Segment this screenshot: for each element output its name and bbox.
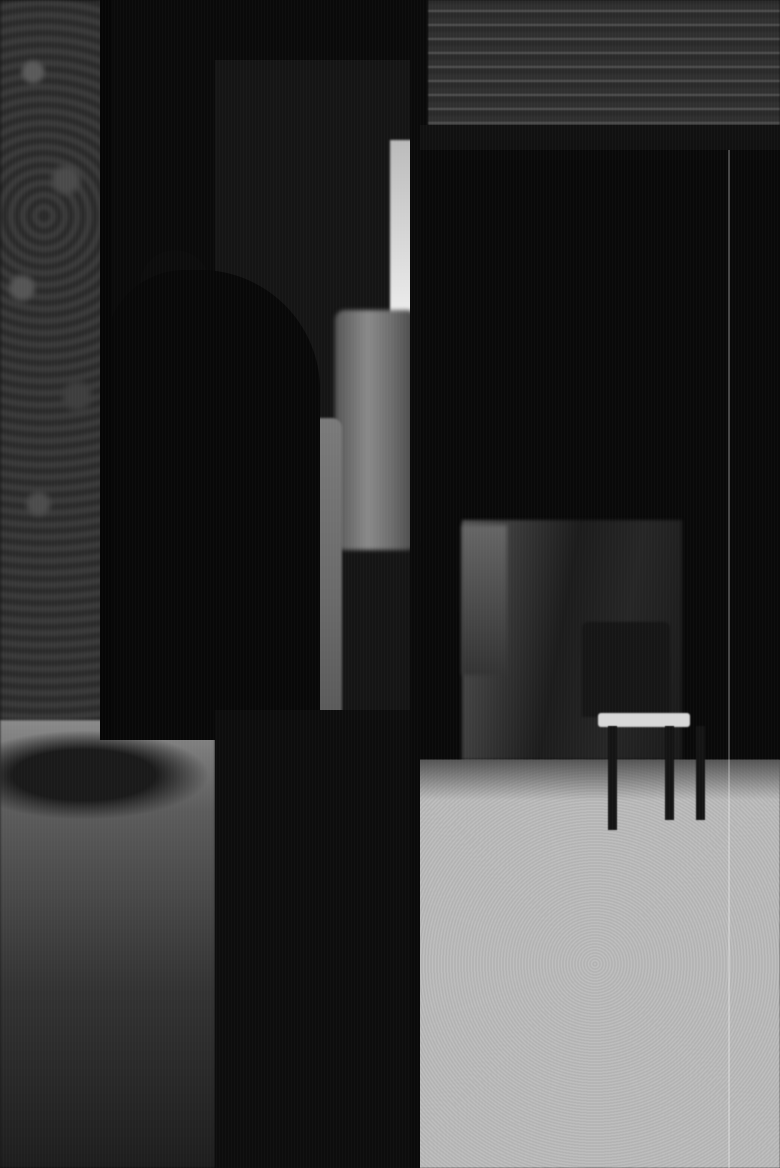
bush — [0, 730, 210, 820]
wooden-post — [215, 710, 415, 1168]
chair-leg — [608, 726, 617, 830]
lawn-shadow — [410, 760, 780, 800]
curtain — [335, 310, 417, 550]
chair-leg — [665, 726, 674, 820]
lawn-right — [410, 760, 780, 1168]
film-scratch — [728, 150, 730, 1168]
chair-leg — [696, 726, 705, 820]
barn-roof — [428, 0, 780, 130]
barn-door-highlight — [462, 525, 507, 675]
foliage — [0, 0, 110, 720]
figure-silhouette — [105, 270, 320, 740]
chair-seat — [598, 713, 690, 727]
left-frame-post — [100, 0, 112, 740]
film-still — [0, 0, 780, 1168]
post-edge — [410, 0, 420, 1168]
chair-back — [582, 622, 670, 717]
